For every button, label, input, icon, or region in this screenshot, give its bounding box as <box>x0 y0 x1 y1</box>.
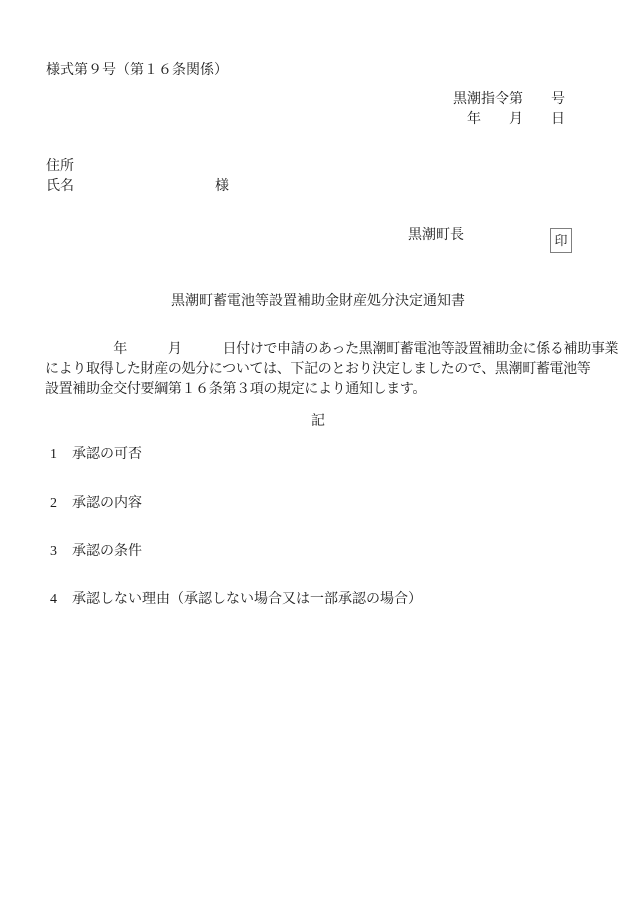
item-number: 3 <box>50 542 72 562</box>
item-number: 4 <box>50 590 72 610</box>
name-label: 氏名 <box>46 177 74 197</box>
item-number: 2 <box>50 494 72 514</box>
document-page: { "document": { "form_number": "様式第９号（第１… <box>0 0 630 903</box>
body-line-2: により取得した財産の処分については、下記のとおり決定しましたので、黒潮町蓄電池等 <box>45 360 615 380</box>
directive-number: 黒潮指令第 号 <box>453 90 565 110</box>
body-line-1: 年 月 日付けで申請のあった黒潮町蓄電池等設置補助金に係る補助事業 <box>45 340 615 360</box>
item-label: 承認の可否 <box>72 445 142 465</box>
form-number: 様式第９号（第１６条関係） <box>46 61 228 81</box>
list-item-approval-conditions: 3 承認の条件 <box>50 542 142 562</box>
list-item-denial-reason: 4 承認しない理由（承認しない場合又は一部承認の場合） <box>50 590 422 610</box>
item-label: 承認の内容 <box>72 494 142 514</box>
mayor-signature: 黒潮町長 <box>408 226 464 246</box>
issue-date: 年 月 日 <box>467 110 565 130</box>
item-number: 1 <box>50 445 72 465</box>
document-title: 黒潮町蓄電池等設置補助金財産処分決定通知書 <box>45 292 591 312</box>
body-paragraph: 年 月 日付けで申請のあった黒潮町蓄電池等設置補助金に係る補助事業 により取得し… <box>45 340 615 400</box>
body-line-3: 設置補助金交付要綱第１６条第３項の規定により通知します。 <box>45 380 615 400</box>
record-marker: 記 <box>45 412 591 432</box>
list-item-approval-yesno: 1 承認の可否 <box>50 445 142 465</box>
seal-label: 印 <box>554 234 567 247</box>
list-item-approval-content: 2 承認の内容 <box>50 494 142 514</box>
honorific-sama: 様 <box>215 177 229 197</box>
seal-box: 印 <box>550 228 572 253</box>
address-label: 住所 <box>46 157 74 177</box>
item-label: 承認しない理由（承認しない場合又は一部承認の場合） <box>72 590 422 610</box>
item-label: 承認の条件 <box>72 542 142 562</box>
